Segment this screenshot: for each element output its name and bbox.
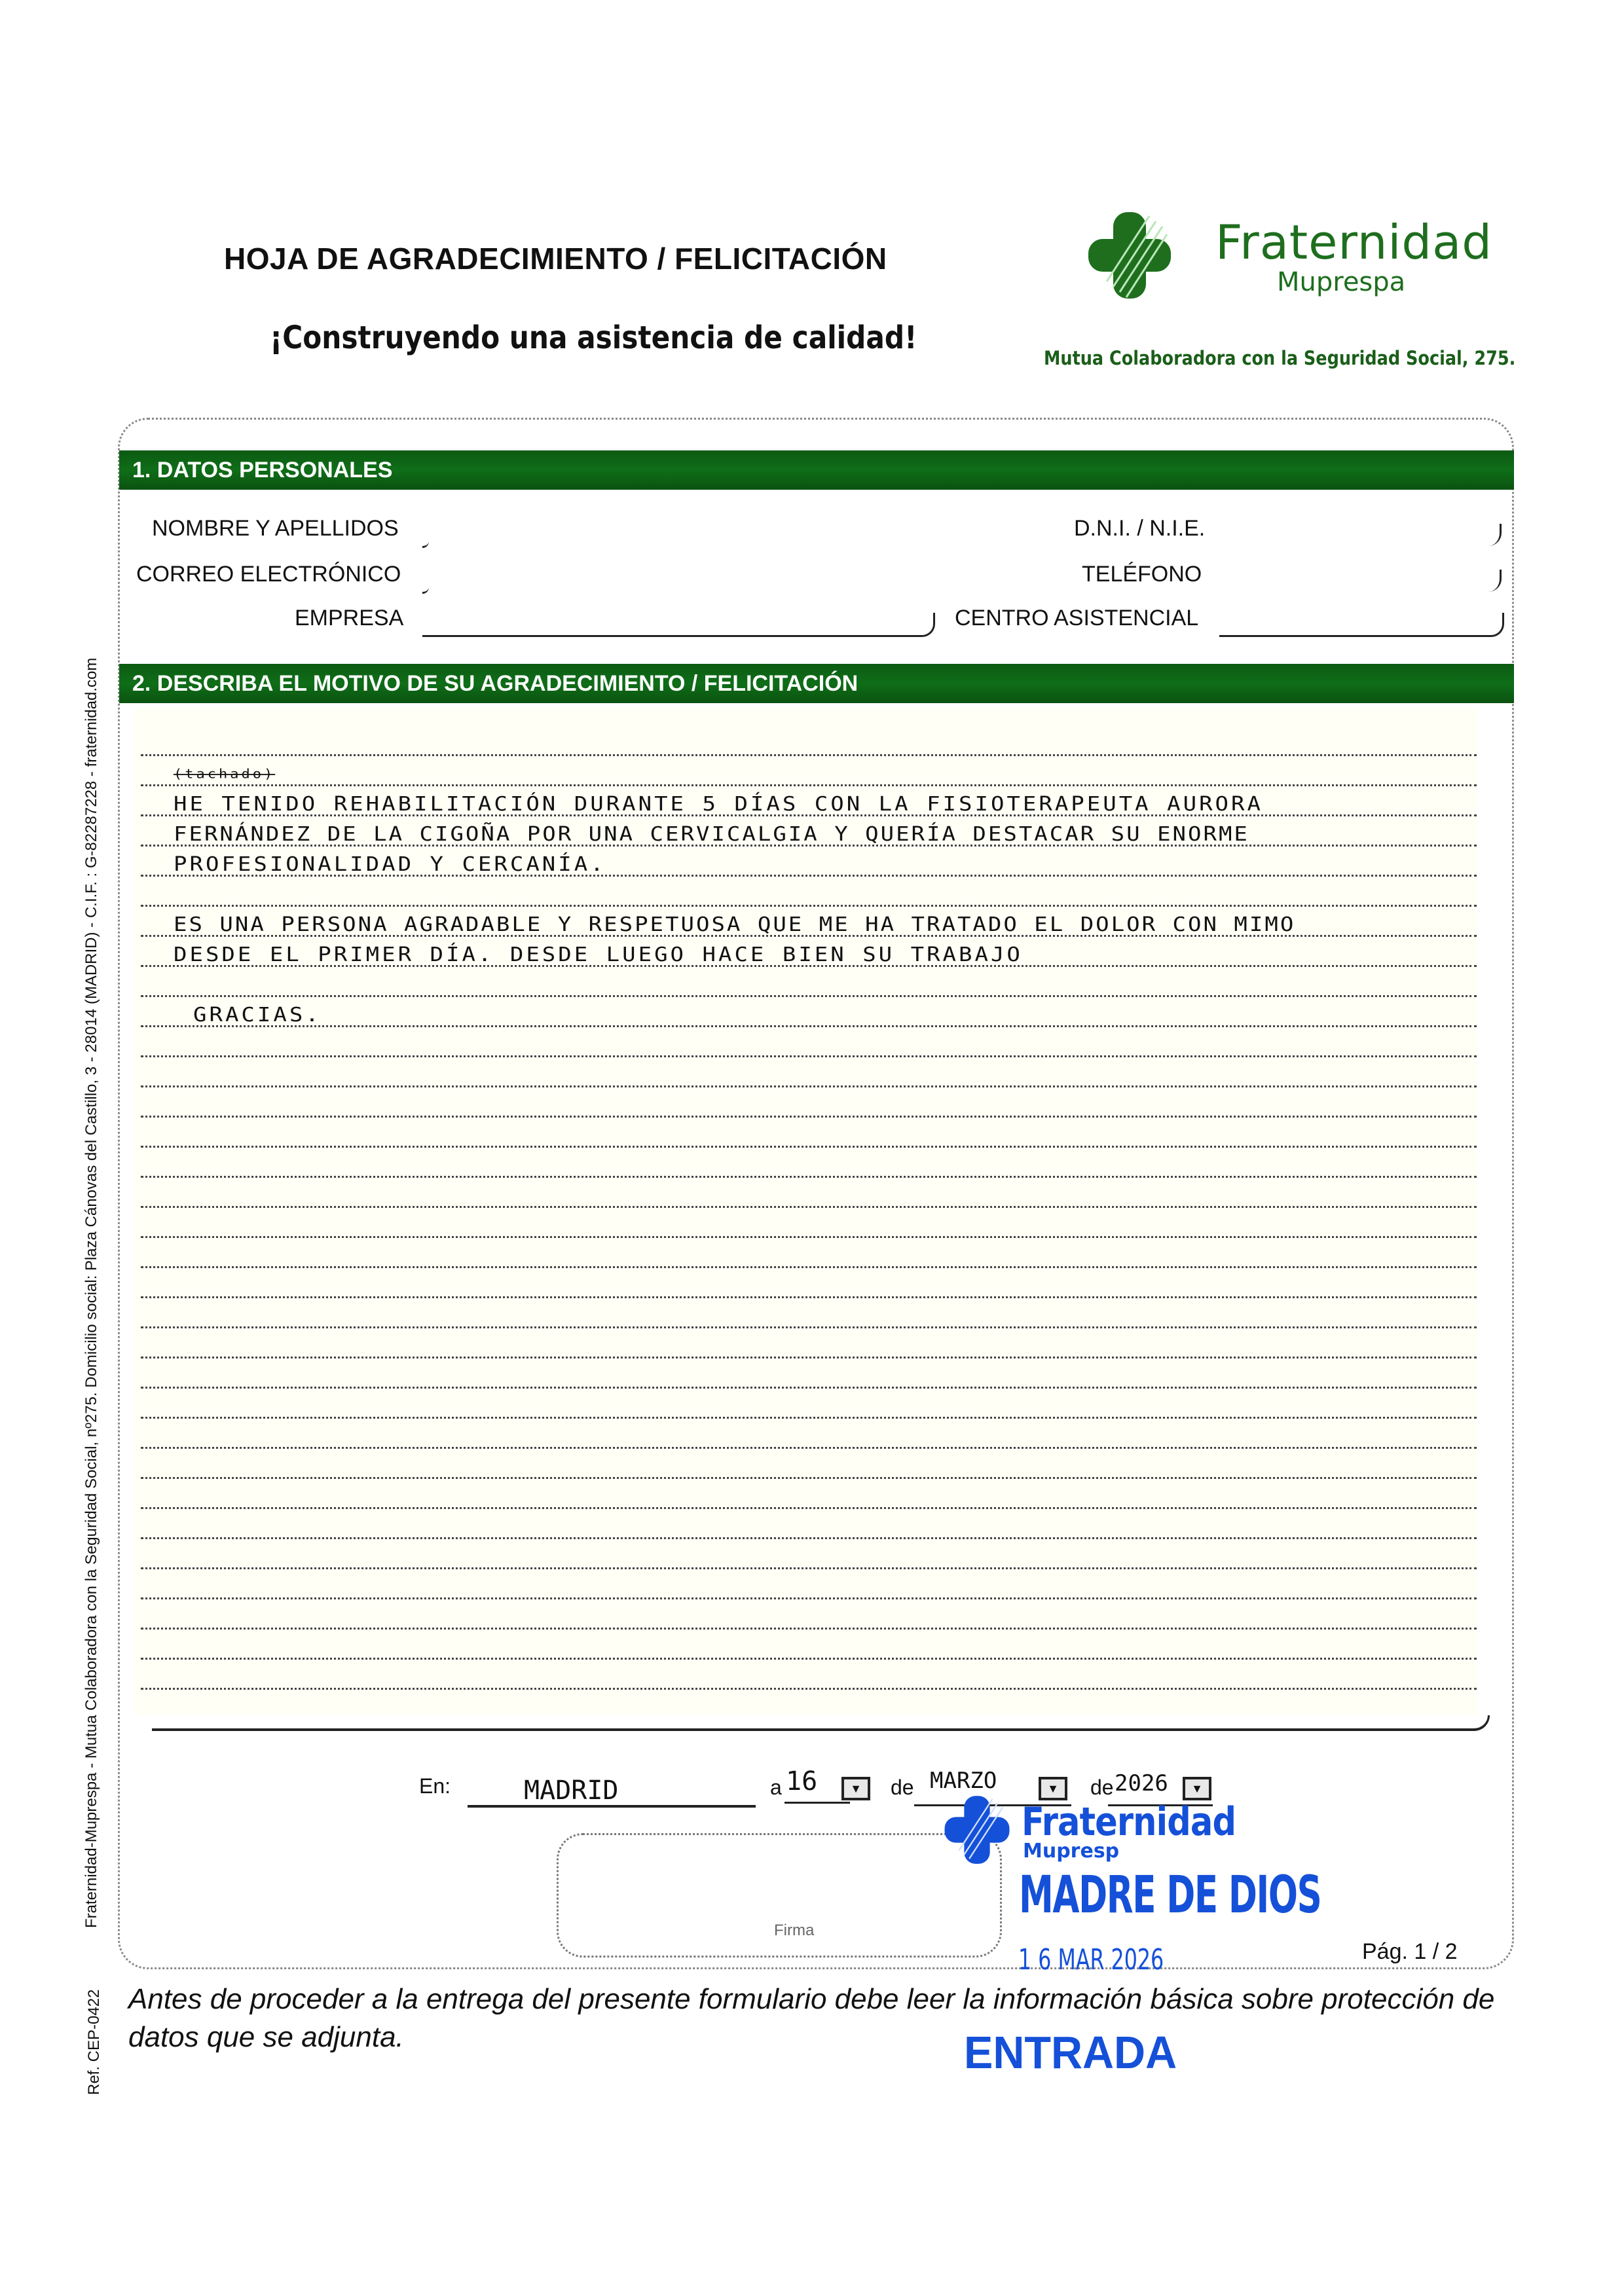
message-line-0: (tachado): [174, 767, 275, 782]
ruled-line: [141, 1025, 1477, 1027]
signature-label: Firma: [774, 1922, 814, 1940]
ruled-line: [141, 1116, 1477, 1118]
year-value[interactable]: 2026: [1115, 1770, 1168, 1796]
caret-down-icon: ▼: [1191, 1782, 1203, 1796]
dni-label: D.N.I. / N.I.E.: [1074, 516, 1205, 541]
day-value[interactable]: 16: [786, 1766, 817, 1796]
stamp-center: MADRE DE DIOS: [1019, 1866, 1321, 1925]
brand-logo: Fraternidad Muprespa: [1087, 210, 1467, 308]
ruled-line: [141, 1357, 1477, 1358]
ruled-line: [141, 1447, 1477, 1449]
correo-field[interactable]: [422, 570, 429, 594]
correo-label: CORREO ELECTRÓNICO: [136, 562, 401, 587]
message-line-5: ES UNA PERSONA AGRADABLE Y RESPETUOSA QU…: [174, 913, 1295, 936]
ruled-line: [141, 1296, 1477, 1298]
stamp-cross-icon: [938, 1794, 1016, 1866]
ruled-line: [141, 1658, 1477, 1660]
place-value[interactable]: MADRID: [524, 1776, 619, 1806]
nombre-label: NOMBRE Y APELLIDOS: [152, 516, 399, 541]
side-legal-text: Fraternidad-Muprespa - Mutua Colaborador…: [83, 488, 101, 1928]
empresa-field[interactable]: [422, 613, 935, 637]
ruled-line: [141, 1266, 1477, 1268]
ruled-line: [141, 1176, 1477, 1178]
message-line-1: HE TENIDO REHABILITACIÓN DURANTE 5 DÍAS …: [174, 792, 1263, 816]
mutua-line: Mutua Colaboradora con la Seguridad Soci…: [1044, 347, 1515, 369]
ruled-line: [141, 875, 1477, 877]
en-label: En:: [419, 1774, 451, 1798]
message-line-2: FERNÁNDEZ DE LA CIGOÑA POR UNA CERVICALG…: [174, 822, 1249, 846]
stamp-entrada: ENTRADA: [964, 2026, 1177, 2079]
ruled-line: [141, 784, 1477, 786]
ruled-line: [141, 1537, 1477, 1539]
ruled-line: [141, 905, 1477, 907]
section-1-heading: 1. DATOS PERSONALES: [119, 450, 1514, 490]
ruled-line: [141, 1628, 1477, 1630]
form-subtitle: ¡Construyendo una asistencia de calidad!: [270, 319, 917, 356]
ruled-line: [141, 1417, 1477, 1419]
cross-logo-icon: [1087, 210, 1172, 301]
message-textarea[interactable]: (tachado) HE TENIDO REHABILITACIÓN DURAN…: [134, 707, 1477, 1715]
day-dropdown-button[interactable]: ▼: [841, 1777, 870, 1800]
ruled-line: [141, 814, 1477, 816]
ruled-line: [141, 1326, 1477, 1328]
de-label-2: de: [1090, 1776, 1114, 1800]
ruled-line: [141, 1597, 1477, 1599]
ruled-line: [141, 1507, 1477, 1509]
stamp-sub: Mupresp: [1023, 1840, 1119, 1863]
empresa-label: EMPRESA: [295, 606, 403, 631]
place-line: [468, 1805, 756, 1808]
ruled-line: [141, 1146, 1477, 1148]
telefono-label: TELÉFONO: [1082, 562, 1202, 587]
message-line-3: PROFESIONALIDAD Y CERCANÍA.: [174, 852, 606, 876]
ruled-line: [141, 995, 1477, 997]
form-title: HOJA DE AGRADECIMIENTO / FELICITACIÓN: [224, 241, 887, 276]
ruled-line: [141, 1085, 1477, 1087]
centro-label: CENTRO ASISTENCIAL: [955, 606, 1198, 631]
ruled-line: [141, 754, 1477, 756]
message-line-6: DESDE EL PRIMER DÍA. DESDE LUEGO HACE BI…: [174, 943, 1023, 966]
ruled-line: [141, 845, 1477, 847]
data-protection-notice: Antes de proceder a la entrega del prese…: [128, 1980, 1530, 2056]
year-dropdown-button[interactable]: ▼: [1183, 1777, 1211, 1800]
page-number: Pág. 1 / 2: [1362, 1939, 1458, 1965]
nombre-field[interactable]: [422, 524, 429, 548]
ruled-line: [141, 965, 1477, 967]
ruled-line: [141, 1477, 1477, 1479]
logo-sub: Muprespa: [1277, 267, 1405, 297]
de-label-1: de: [891, 1776, 914, 1800]
section-2-heading: 2. DESCRIBA EL MOTIVO DE SU AGRADECIMIEN…: [119, 664, 1514, 703]
ruled-line: [141, 1387, 1477, 1389]
ruled-line: [141, 1688, 1477, 1690]
caret-down-icon: ▼: [1047, 1782, 1059, 1796]
form-ref: Ref. CEP-0422: [85, 1990, 103, 2095]
centro-field[interactable]: [1219, 613, 1504, 637]
ruled-line: [141, 1236, 1477, 1238]
month-value[interactable]: MARZO: [930, 1768, 997, 1794]
logo-name: Fraternidad: [1215, 215, 1492, 270]
caret-down-icon: ▼: [850, 1782, 862, 1796]
day-line: [784, 1802, 850, 1804]
month-dropdown-button[interactable]: ▼: [1039, 1777, 1067, 1800]
ruled-line: [141, 1055, 1477, 1057]
stamp-date: 1 6 MAR 2026: [1018, 1943, 1164, 1977]
stamp-name: Fraternidad: [1022, 1799, 1236, 1845]
ruled-line: [141, 935, 1477, 937]
message-bottom-border: [152, 1715, 1490, 1731]
ruled-line: [141, 1567, 1477, 1569]
ruled-line: [141, 1206, 1477, 1208]
message-line-8: GRACIAS.: [193, 1003, 322, 1027]
a-label: a: [770, 1776, 782, 1800]
